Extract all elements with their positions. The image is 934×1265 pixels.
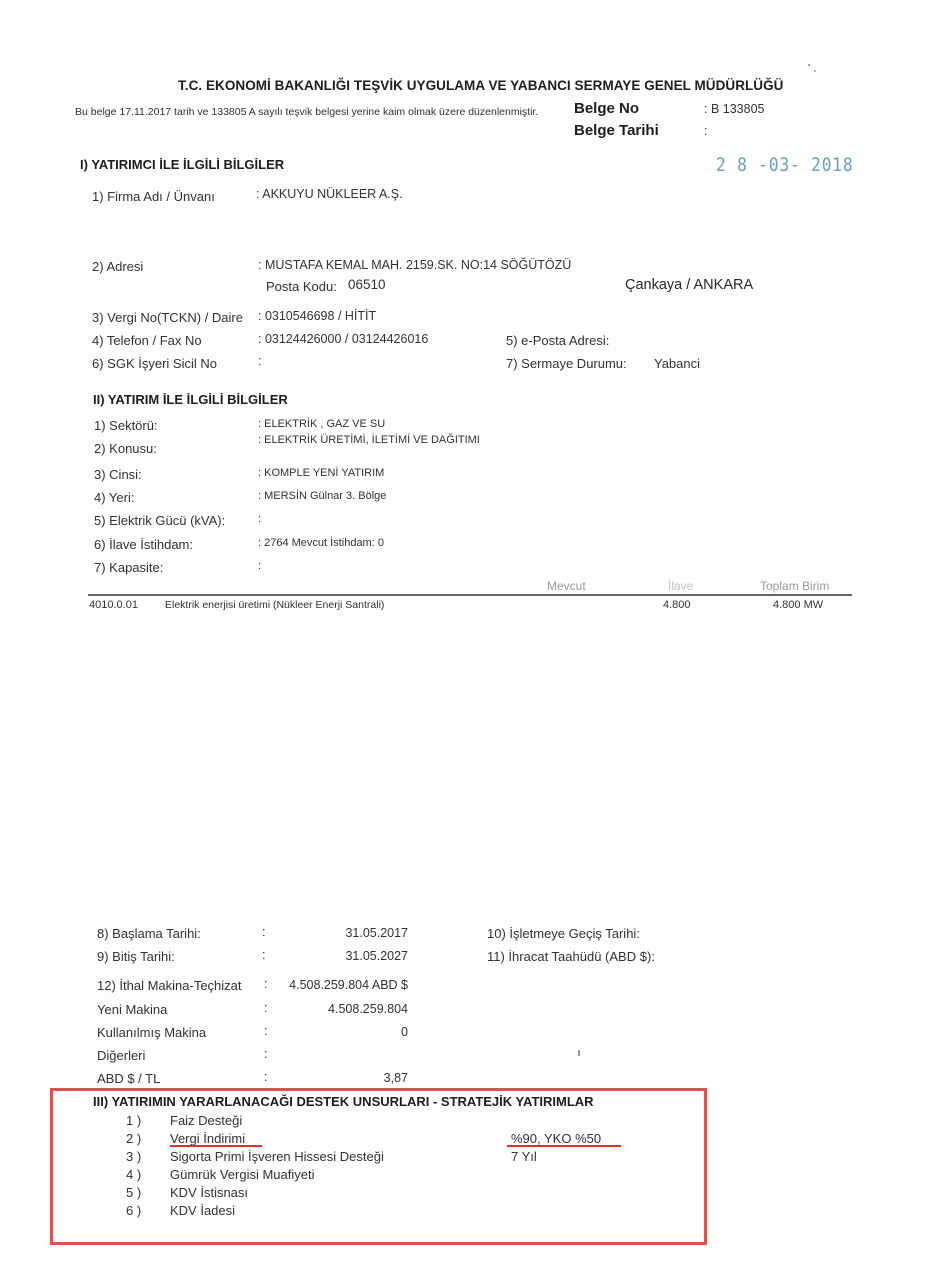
bitis-label: 9) Bitiş Tarihi:	[97, 949, 175, 964]
machinery-colon: :	[264, 1024, 267, 1038]
support-item-number: 3 )	[126, 1149, 141, 1164]
adres-label: 2) Adresi	[92, 259, 143, 274]
bitis-colon: :	[262, 948, 265, 962]
capacity-toplam: 4.800 MW	[773, 599, 823, 611]
support-item-label: Vergi İndirimi	[170, 1131, 245, 1146]
incentive-certificate-page: T.C. EKONOMİ BAKANLIĞI TEŞVİK UYGULAMA V…	[0, 0, 934, 1265]
investment-row-value: : 2764 Mevcut İstihdam: 0	[258, 537, 384, 549]
vergi-value: : 0310546698 / HİTİT	[258, 309, 376, 323]
investment-row-value: : ELEKTRİK , GAZ VE SU	[258, 418, 385, 430]
date-stamp: 2 8 -03- 2018	[716, 154, 853, 176]
machinery-colon: :	[264, 1070, 267, 1084]
bitis-value: 31.05.2027	[300, 949, 408, 963]
section-1-title: I) YATIRIMCI İLE İLGİLİ BİLGİLER	[80, 157, 284, 172]
machinery-value: 4.508.259.804	[270, 1002, 408, 1016]
sgk-label: 6) SGK İşyeri Sicil No	[92, 356, 217, 371]
scan-speck	[808, 64, 810, 66]
belge-no-label: Belge No	[574, 100, 639, 117]
sermaye-label: 7) Sermaye Durumu:	[506, 356, 627, 371]
support-item-label: Faiz Desteği	[170, 1113, 242, 1128]
telefon-value: : 03124426000 / 03124426016	[258, 332, 428, 346]
investment-row-value: : MERSİN Gülnar 3. Bölge	[258, 490, 386, 502]
support-item-number: 4 )	[126, 1167, 141, 1182]
capacity-code: 4010.0.01	[89, 599, 138, 611]
sermaye-value: Yabanci	[654, 356, 700, 371]
capacity-header-mevcut: Mevcut	[547, 579, 586, 593]
sgk-value: :	[258, 354, 261, 368]
investment-row-label: 4) Yeri:	[94, 490, 134, 505]
investment-row-label: 5) Elektrik Gücü (kVA):	[94, 513, 225, 528]
machinery-colon: :	[264, 977, 267, 991]
highlight-underline-rate	[507, 1145, 621, 1147]
ilce-il: Çankaya / ANKARA	[625, 277, 753, 293]
investment-row-label: 2) Konusu:	[94, 441, 157, 456]
machinery-value: 3,87	[270, 1071, 408, 1085]
posta-label: Posta Kodu:	[266, 279, 337, 294]
support-item-label: Sigorta Primi İşveren Hissesi Desteği	[170, 1149, 384, 1164]
scan-speck	[814, 70, 816, 72]
investment-row-label: 3) Cinsi:	[94, 467, 142, 482]
firma-value: : AKKUYU NÜKLEER A.Ş.	[256, 187, 403, 201]
capacity-ilave: 4.800	[663, 599, 691, 611]
section-2-title: II) YATIRIM İLE İLGİLİ BİLGİLER	[93, 392, 288, 407]
investment-row-label: 1) Sektörü:	[94, 418, 158, 433]
baslama-value: 31.05.2017	[300, 926, 408, 940]
belge-tarihi-value: :	[704, 124, 707, 138]
adres-value: : MUSTAFA KEMAL MAH. 2159.SK. NO:14 SÖĞÜ…	[258, 258, 571, 272]
support-item-number: 2 )	[126, 1131, 141, 1146]
machinery-label: ABD $ / TL	[97, 1071, 160, 1086]
capacity-header-toplam: Toplam Birim	[760, 579, 829, 593]
ihracat-label: 11) İhracat Taahüdü (ABD $):	[487, 949, 655, 964]
isletme-label: 10) İşletmeye Geçiş Tarihi:	[487, 926, 640, 941]
capacity-table-rule	[88, 594, 852, 596]
scan-speck	[578, 1050, 580, 1056]
document-title: T.C. EKONOMİ BAKANLIĞI TEŞVİK UYGULAMA V…	[178, 78, 783, 93]
machinery-label: 12) İthal Makina-Teçhizat	[97, 978, 242, 993]
machinery-label: Kullanılmış Makina	[97, 1025, 206, 1040]
support-item-number: 6 )	[126, 1203, 141, 1218]
belge-tarihi-label: Belge Tarihi	[574, 122, 659, 139]
support-item-number: 5 )	[126, 1185, 141, 1200]
capacity-header-ilave: İlave	[668, 579, 693, 593]
support-item-value: %90, YKO %50	[511, 1131, 601, 1146]
support-item-label: KDV İstisnası	[170, 1185, 248, 1200]
machinery-label: Diğerleri	[97, 1048, 145, 1063]
investment-row-value: : ELEKTRİK ÜRETİMİ, İLETİMİ VE DAĞITIMI	[258, 434, 480, 446]
support-item-value: 7 Yıl	[511, 1149, 537, 1164]
telefon-label: 4) Telefon / Fax No	[92, 333, 202, 348]
machinery-label: Yeni Makina	[97, 1002, 167, 1017]
machinery-value: 0	[270, 1025, 408, 1039]
section-3-title: III) YATIRIMIN YARARLANACAĞI DESTEK UNSU…	[93, 1094, 594, 1109]
eposta-label: 5) e-Posta Adresi:	[506, 333, 609, 348]
support-item-label: Gümrük Vergisi Muafiyeti	[170, 1167, 315, 1182]
machinery-colon: :	[264, 1047, 267, 1061]
highlight-box	[50, 1088, 707, 1245]
vergi-label: 3) Vergi No(TCKN) / Daire	[92, 310, 243, 325]
posta-value: 06510	[348, 277, 386, 292]
machinery-colon: :	[264, 1001, 267, 1015]
highlight-underline-vergi	[170, 1145, 262, 1147]
baslama-label: 8) Başlama Tarihi:	[97, 926, 201, 941]
support-item-number: 1 )	[126, 1113, 141, 1128]
investment-row-value: :	[258, 560, 261, 572]
belge-no-value: : B 133805	[704, 102, 764, 116]
firma-label: 1) Firma Adı / Ünvanı	[92, 189, 215, 204]
investment-row-value: :	[258, 513, 261, 525]
machinery-value: 4.508.259.804 ABD $	[270, 978, 408, 992]
support-item-label: KDV İadesi	[170, 1203, 235, 1218]
capacity-description: Elektrik enerjisi üretimi (Nükleer Enerj…	[165, 599, 384, 611]
investment-row-label: 7) Kapasite:	[94, 560, 163, 575]
document-note: Bu belge 17.11.2017 tarih ve 133805 A sa…	[75, 106, 545, 119]
investment-row-value: : KOMPLE YENİ YATIRIM	[258, 467, 384, 479]
baslama-colon: :	[262, 925, 265, 939]
investment-row-label: 6) İlave İstihdam:	[94, 537, 193, 552]
